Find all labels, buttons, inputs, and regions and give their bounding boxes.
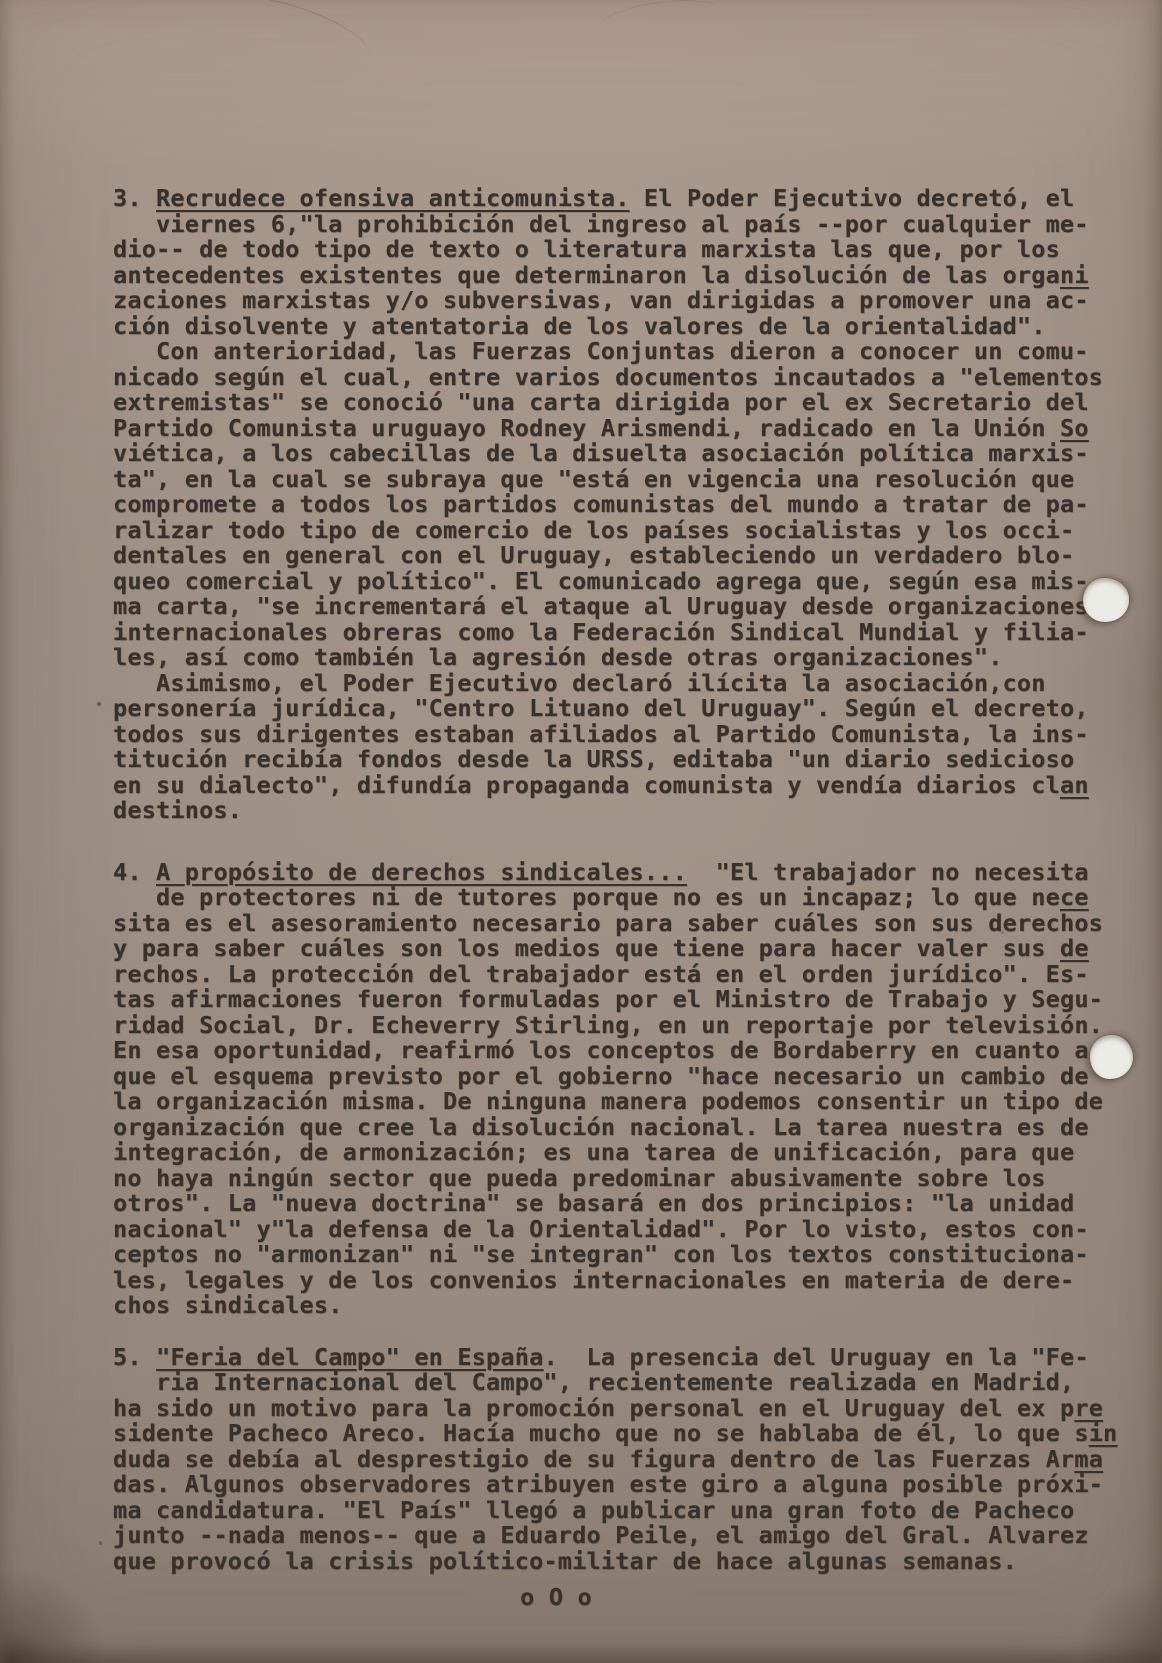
text-line: Con anterioridad, las Fuerzas Conjuntas … <box>113 339 1117 365</box>
text-segment: En esa oportunidad, reafirmó los concept… <box>113 1036 1089 1064</box>
section-heading-tail: . La presencia del Uruguay en la "Fe- <box>543 1343 1088 1371</box>
text-segment: les, así como también la agresión desde … <box>113 643 1003 671</box>
text-segment: sita es el asesoramiento necesario para … <box>113 909 1103 937</box>
paper-crease <box>598 0 721 41</box>
text-segment: extremistas" se conoció "una carta dirig… <box>113 388 1089 416</box>
underlined-fragment: ma <box>1074 1445 1103 1473</box>
text-line: otros". La "nueva doctrina" se basará en… <box>113 1191 1117 1217</box>
section: 4. A propósito de derechos sindicales...… <box>113 860 1117 1319</box>
text-segment: y para saber cuáles son los medios que t… <box>113 934 1060 962</box>
text-segment: antecedentes existentes que determinaron… <box>113 261 1060 289</box>
text-segment: ción disolvente y atentatoria de los val… <box>113 312 1046 340</box>
text-line: ción disolvente y atentatoria de los val… <box>113 314 1117 340</box>
text-segment: compromete a todos los partidos comunist… <box>113 490 1089 518</box>
paper-speck <box>1001 931 1004 934</box>
text-line: que provocó la crisis político-militar d… <box>113 1549 1117 1575</box>
text-line: integración, de armonización; es una tar… <box>113 1140 1117 1166</box>
text-line: queo comercial y político". El comunicad… <box>113 569 1117 595</box>
text-line: personería jurídica, "Centro Lituano del… <box>113 696 1117 722</box>
text-line: les, así como también la agresión desde … <box>113 645 1117 671</box>
section-heading: "Feria del Campo" en España <box>156 1343 543 1371</box>
text-segment: titución recibía fondos desde la URSS, e… <box>113 745 1074 773</box>
text-line: junto --nada menos-- que a Eduardo Peile… <box>113 1523 1117 1549</box>
text-segment: integración, de armonización; es una tar… <box>113 1138 1074 1166</box>
text-line: compromete a todos los partidos comunist… <box>113 492 1117 518</box>
text-line: ha sido un motivo para la promoción pers… <box>113 1396 1117 1422</box>
underlined-fragment: So <box>1060 414 1089 442</box>
text-line: En esa oportunidad, reafirmó los concept… <box>113 1038 1117 1064</box>
text-segment: ria Internacional del Campo", recienteme… <box>156 1368 1074 1396</box>
text-segment: sidente Pacheco Areco. Hacía mucho que n… <box>113 1419 1089 1447</box>
section-heading: Recrudece ofensiva anticomunista. <box>156 184 630 212</box>
text-segment: ha sido un motivo para la promoción pers… <box>113 1394 1074 1422</box>
text-line: extremistas" se conoció "una carta dirig… <box>113 390 1117 416</box>
text-segment: ridad Social, Dr. Echeverry Stirling, en… <box>113 1011 1103 1039</box>
text-segment: que provocó la crisis político-militar d… <box>113 1547 1017 1575</box>
text-segment: destinos. <box>113 796 242 824</box>
underlined-fragment: de <box>1060 934 1089 962</box>
text-segment: de protectores ni de tutores porque no e… <box>156 883 1060 911</box>
text-segment: todos sus dirigentes estaban afiliados a… <box>113 720 1089 748</box>
text-segment: chos sindicales. <box>113 1291 343 1319</box>
text-line: ma carta, "se incrementará el ataque al … <box>113 594 1117 620</box>
underlined-fragment: ce <box>1060 883 1089 911</box>
text-line: de protectores ni de tutores porque no e… <box>113 885 1117 911</box>
text-segment: la organización misma. De ninguna manera… <box>113 1087 1103 1115</box>
text-line: ralizar todo tipo de comercio de los paí… <box>113 518 1117 544</box>
text-segment: dio-- de todo tipo de texto o literatura… <box>113 235 1060 263</box>
text-segment: das. Algunos observadores atribuyen este… <box>113 1470 1103 1498</box>
text-segment: organización que cree la disolución naci… <box>113 1113 1089 1141</box>
section-number: 5. <box>113 1343 156 1371</box>
underlined-fragment: an <box>1060 771 1089 799</box>
underlined-fragment: re <box>1074 1394 1103 1422</box>
text-segment: Asimismo, el Poder Ejecutivo declaró ilí… <box>156 669 1046 697</box>
text-line: titución recibía fondos desde la URSS, e… <box>113 747 1117 773</box>
underlined-fragment: in <box>1089 1419 1118 1447</box>
section-heading: A propósito de derechos sindicales... <box>156 858 687 886</box>
text-line: internacionales obreras como la Federaci… <box>113 620 1117 646</box>
section-number: 3. <box>113 184 156 212</box>
page-footer-mark: o O o <box>113 1583 999 1611</box>
text-segment: les, legales y de los convenios internac… <box>113 1266 1074 1294</box>
text-segment: queo comercial y político". El comunicad… <box>113 567 1089 595</box>
text-line: duda se debía al desprestigio de su figu… <box>113 1447 1117 1473</box>
text-line: 3. Recrudece ofensiva anticomunista. El … <box>113 186 1117 212</box>
text-line: ridad Social, Dr. Echeverry Stirling, en… <box>113 1013 1117 1039</box>
section: 3. Recrudece ofensiva anticomunista. El … <box>113 186 1117 824</box>
text-segment: nacional" y"la defensa de la Orientalida… <box>113 1215 1089 1243</box>
text-segment: tas afirmaciones fueron formuladas por e… <box>113 985 1103 1013</box>
text-segment: que el esquema previsto por el gobierno … <box>113 1062 1089 1090</box>
text-segment: ralizar todo tipo de comercio de los paí… <box>113 516 1074 544</box>
text-segment: ceptos no "armonizan" ni "se integran" c… <box>113 1240 1089 1268</box>
paper-speck <box>97 702 101 706</box>
paper-crease <box>209 0 376 77</box>
text-line: les, legales y de los convenios internac… <box>113 1268 1117 1294</box>
text-line: nacional" y"la defensa de la Orientalida… <box>113 1217 1117 1243</box>
text-segment: viernes 6,"la prohibición del ingreso al… <box>156 210 1089 238</box>
document-page: 3. Recrudece ofensiva anticomunista. El … <box>0 0 1162 1663</box>
text-line: viética, a los cabecillas de la disuelta… <box>113 441 1117 467</box>
punch-hole-bottom <box>1090 1035 1133 1079</box>
text-line: la organización misma. De ninguna manera… <box>113 1089 1117 1115</box>
text-segment: ma carta, "se incrementará el ataque al … <box>113 592 1089 620</box>
text-segment: viética, a los cabecillas de la disuelta… <box>113 439 1089 467</box>
text-segment: zaciones marxistas y/o subversivas, van … <box>113 286 1089 314</box>
text-segment: no haya ningún sector que pueda predomin… <box>113 1164 1046 1192</box>
text-line: Asimismo, el Poder Ejecutivo declaró ilí… <box>113 671 1117 697</box>
text-line: ria Internacional del Campo", recienteme… <box>113 1370 1117 1396</box>
text-segment: personería jurídica, "Centro Lituano del… <box>113 694 1089 722</box>
text-segment: Con anterioridad, las Fuerzas Conjuntas … <box>156 337 1089 365</box>
text-line: ceptos no "armonizan" ni "se integran" c… <box>113 1242 1117 1268</box>
text-line: dio-- de todo tipo de texto o literatura… <box>113 237 1117 263</box>
text-line: en su dialecto", difundía propaganda com… <box>113 773 1117 799</box>
text-segment: duda se debía al desprestigio de su figu… <box>113 1445 1074 1473</box>
text-segment: nicado según el cual, entre varios docum… <box>113 363 1103 391</box>
text-line: chos sindicales. <box>113 1293 1117 1319</box>
punch-hole-top <box>1083 578 1129 622</box>
text-line: todos sus dirigentes estaban afiliados a… <box>113 722 1117 748</box>
text-segment: dentales en general con el Uruguay, esta… <box>113 541 1074 569</box>
paper-speck <box>99 1541 102 1545</box>
text-segment: otros". La "nueva doctrina" se basará en… <box>113 1189 1074 1217</box>
text-line: rechos. La protección del trabajador est… <box>113 962 1117 988</box>
text-line: ta", en la cual se subraya que "está en … <box>113 467 1117 493</box>
text-line: destinos. <box>113 798 1117 824</box>
text-line: das. Algunos observadores atribuyen este… <box>113 1472 1117 1498</box>
text-line: ma candidatura. "El País" llegó a public… <box>113 1498 1117 1524</box>
underlined-fragment: ni <box>1060 261 1089 289</box>
section: 5. "Feria del Campo" en España. La prese… <box>113 1345 1117 1575</box>
text-line: sita es el asesoramiento necesario para … <box>113 911 1117 937</box>
text-segment: Partido Comunista uruguayo Rodney Arisme… <box>113 414 1060 442</box>
text-segment: en su dialecto", difundía propaganda com… <box>113 771 1060 799</box>
text-line: organización que cree la disolución naci… <box>113 1115 1117 1141</box>
section-heading-tail: "El trabajador no necesita <box>687 858 1089 886</box>
section-heading-tail: El Poder Ejecutivo decretó, el <box>630 184 1075 212</box>
text-line: 4. A propósito de derechos sindicales...… <box>113 860 1117 886</box>
text-segment: internacionales obreras como la Federaci… <box>113 618 1089 646</box>
text-line: que el esquema previsto por el gobierno … <box>113 1064 1117 1090</box>
document-body: 3. Recrudece ofensiva anticomunista. El … <box>113 186 1117 1574</box>
text-line: antecedentes existentes que determinaron… <box>113 263 1117 289</box>
text-line: viernes 6,"la prohibición del ingreso al… <box>113 212 1117 238</box>
text-segment: ta", en la cual se subraya que "está en … <box>113 465 1074 493</box>
text-segment: ma candidatura. "El País" llegó a public… <box>113 1496 1074 1524</box>
section-number: 4. <box>113 858 156 886</box>
text-segment: rechos. La protección del trabajador est… <box>113 960 1089 988</box>
text-line: sidente Pacheco Areco. Hacía mucho que n… <box>113 1421 1117 1447</box>
text-line: tas afirmaciones fueron formuladas por e… <box>113 987 1117 1013</box>
text-segment: junto --nada menos-- que a Eduardo Peile… <box>113 1521 1089 1549</box>
text-line: dentales en general con el Uruguay, esta… <box>113 543 1117 569</box>
text-line: no haya ningún sector que pueda predomin… <box>113 1166 1117 1192</box>
text-line: Partido Comunista uruguayo Rodney Arisme… <box>113 416 1117 442</box>
text-line: 5. "Feria del Campo" en España. La prese… <box>113 1345 1117 1371</box>
text-line: zaciones marxistas y/o subversivas, van … <box>113 288 1117 314</box>
text-line: y para saber cuáles son los medios que t… <box>113 936 1117 962</box>
text-line: nicado según el cual, entre varios docum… <box>113 365 1117 391</box>
